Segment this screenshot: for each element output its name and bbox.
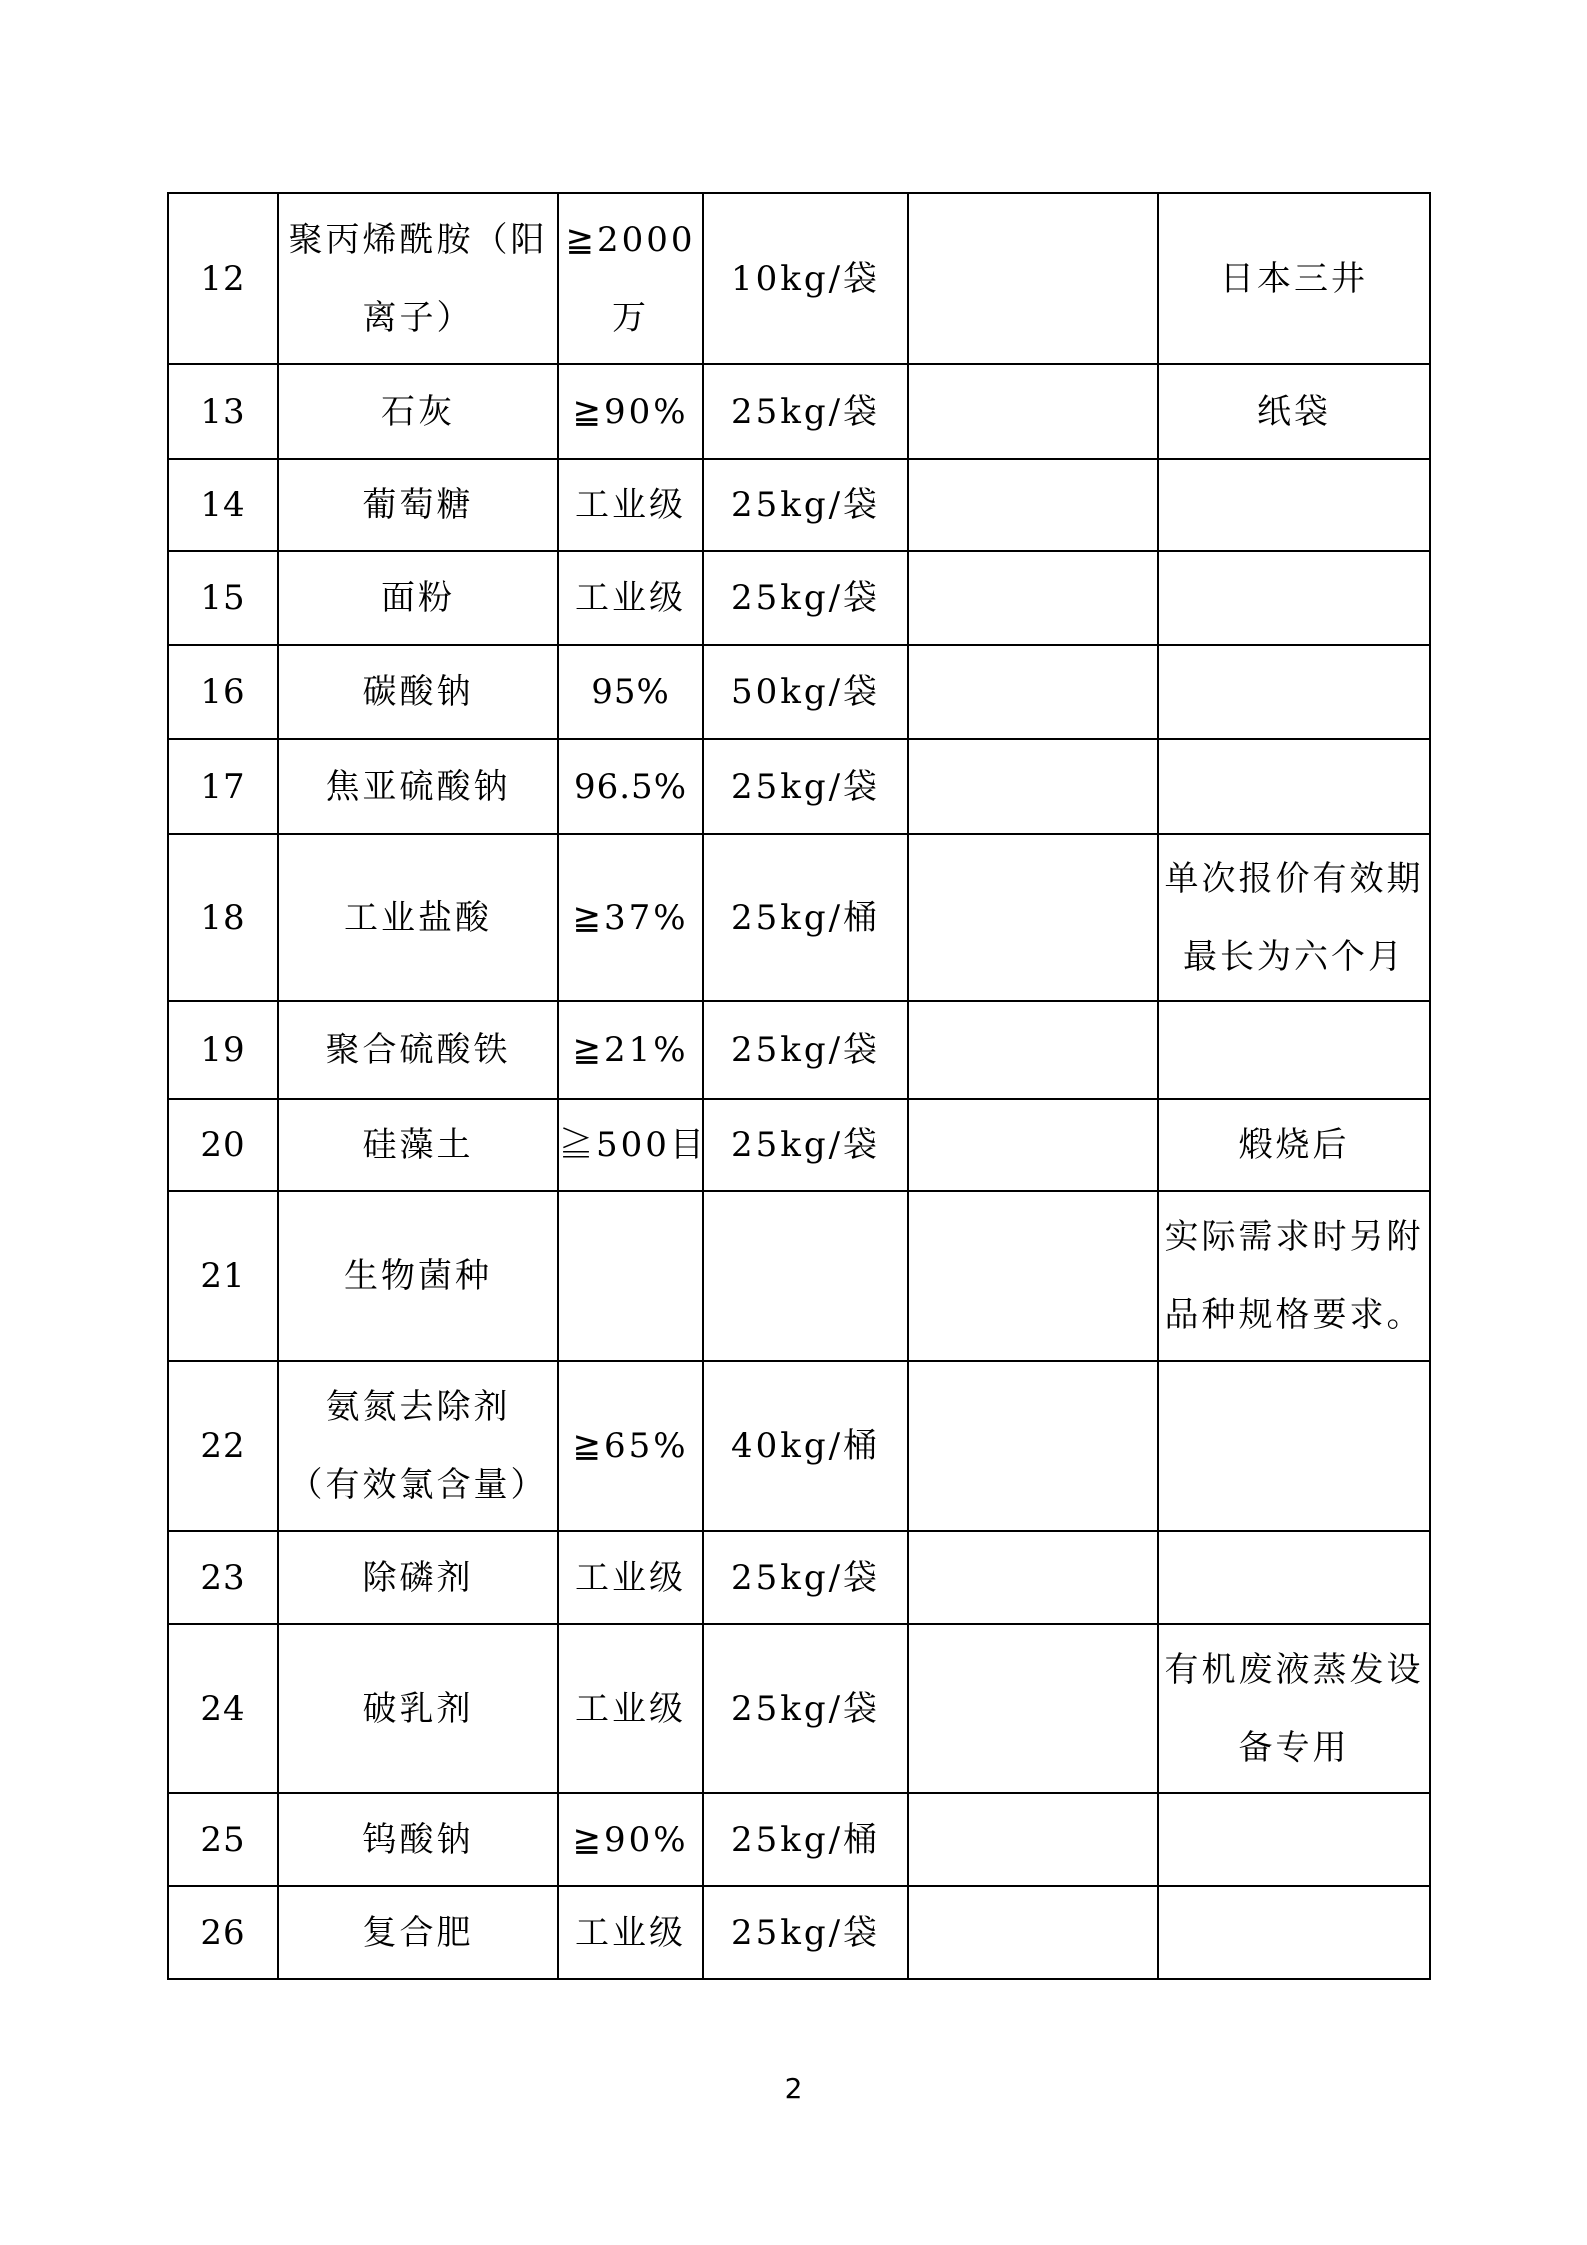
table-row: 26 复合肥 工业级 25kg/袋 [168, 1886, 1430, 1979]
row-23-col5 [908, 1531, 1158, 1624]
row-23-name: 除磷剂 [278, 1531, 558, 1624]
row-21-no: 21 [168, 1191, 278, 1361]
row-13-package: 25kg/袋 [703, 364, 908, 459]
material-name-line: 除磷剂 [279, 1539, 557, 1617]
row-21-remark: 实际需求时另附 品种规格要求。 [1158, 1191, 1430, 1361]
row-22-package: 40kg/桶 [703, 1361, 908, 1531]
row-17-name: 焦亚硫酸钠 [278, 739, 558, 834]
row-number: 25 [169, 1801, 277, 1879]
spec-line: ≧2000 [559, 201, 702, 279]
table-row: 25 钨酸钠 ≧90% 25kg/桶 [168, 1793, 1430, 1886]
row-number: 21 [169, 1237, 277, 1315]
row-number: 17 [169, 748, 277, 826]
row-23-spec: 工业级 [558, 1531, 703, 1624]
row-15-remark [1158, 551, 1430, 645]
package-value: 25kg/袋 [704, 1894, 907, 1972]
remark-line: 单次报价有效期 [1159, 840, 1429, 918]
row-23-package: 25kg/袋 [703, 1531, 908, 1624]
row-13-col5 [908, 364, 1158, 459]
spec-line: ≧500目 [559, 1106, 702, 1184]
remark-line: 日本三井 [1159, 240, 1429, 318]
row-22-spec: ≧65% [558, 1361, 703, 1531]
package-value: 25kg/袋 [704, 466, 907, 544]
row-19-col5 [908, 1001, 1158, 1099]
spec-line: ≧90% [559, 373, 702, 451]
row-13-no: 13 [168, 364, 278, 459]
document-page: 12 聚丙烯酰胺（阳 离子） ≧2000 万 10kg/袋 日本三井 13 石灰… [0, 0, 1587, 2245]
row-19-remark [1158, 1001, 1430, 1099]
row-17-remark [1158, 739, 1430, 834]
remark-line: 煅烧后 [1159, 1106, 1429, 1184]
material-name-line: 复合肥 [279, 1894, 557, 1972]
row-24-spec: 工业级 [558, 1624, 703, 1793]
row-26-no: 26 [168, 1886, 278, 1979]
spec-line: 工业级 [559, 1670, 702, 1748]
row-21-col5 [908, 1191, 1158, 1361]
row-17-col5 [908, 739, 1158, 834]
row-13-name: 石灰 [278, 364, 558, 459]
row-21-spec [558, 1191, 703, 1361]
table-row: 22 氨氮去除剂 （有效氯含量） ≧65% 40kg/桶 [168, 1361, 1430, 1531]
materials-table: 12 聚丙烯酰胺（阳 离子） ≧2000 万 10kg/袋 日本三井 13 石灰… [167, 192, 1431, 1980]
row-15-spec: 工业级 [558, 551, 703, 645]
row-18-no: 18 [168, 834, 278, 1001]
row-15-col5 [908, 551, 1158, 645]
package-value: 25kg/袋 [704, 1106, 907, 1184]
table-row: 19 聚合硫酸铁 ≧21% 25kg/袋 [168, 1001, 1430, 1099]
row-14-package: 25kg/袋 [703, 459, 908, 551]
row-25-spec: ≧90% [558, 1793, 703, 1886]
row-15-no: 15 [168, 551, 278, 645]
row-number: 18 [169, 879, 277, 957]
row-22-remark [1158, 1361, 1430, 1531]
material-name-line: 氨氮去除剂 [279, 1368, 557, 1446]
row-17-package: 25kg/袋 [703, 739, 908, 834]
row-16-name: 碳酸钠 [278, 645, 558, 739]
row-16-package: 50kg/袋 [703, 645, 908, 739]
spec-line: 工业级 [559, 1539, 702, 1617]
row-15-package: 25kg/袋 [703, 551, 908, 645]
row-16-remark [1158, 645, 1430, 739]
table-row: 20 硅藻土 ≧500目 25kg/袋 煅烧后 [168, 1099, 1430, 1191]
spec-line: ≧37% [559, 879, 702, 957]
material-name-line: （有效氯含量） [279, 1446, 557, 1524]
row-23-remark [1158, 1531, 1430, 1624]
row-number: 23 [169, 1539, 277, 1617]
row-20-no: 20 [168, 1099, 278, 1191]
row-14-name: 葡萄糖 [278, 459, 558, 551]
material-name-line: 硅藻土 [279, 1106, 557, 1184]
row-26-col5 [908, 1886, 1158, 1979]
material-name-line: 聚合硫酸铁 [279, 1011, 557, 1089]
row-20-spec: ≧500目 [558, 1099, 703, 1191]
row-14-col5 [908, 459, 1158, 551]
row-number: 14 [169, 466, 277, 544]
package-value: 40kg/桶 [704, 1407, 907, 1485]
row-13-remark: 纸袋 [1158, 364, 1430, 459]
table-row: 21 生物菌种 实际需求时另附 品种规格要求。 [168, 1191, 1430, 1361]
package-value: 25kg/袋 [704, 1539, 907, 1617]
row-26-name: 复合肥 [278, 1886, 558, 1979]
row-14-remark [1158, 459, 1430, 551]
row-22-no: 22 [168, 1361, 278, 1531]
package-value: 25kg/袋 [704, 1011, 907, 1089]
row-number: 12 [169, 240, 277, 318]
row-14-no: 14 [168, 459, 278, 551]
row-18-package: 25kg/桶 [703, 834, 908, 1001]
row-number: 13 [169, 373, 277, 451]
remark-line: 最长为六个月 [1159, 918, 1429, 996]
row-18-spec: ≧37% [558, 834, 703, 1001]
row-24-col5 [908, 1624, 1158, 1793]
row-24-package: 25kg/袋 [703, 1624, 908, 1793]
remark-line: 品种规格要求。 [1159, 1276, 1429, 1354]
row-23-no: 23 [168, 1531, 278, 1624]
material-name-line: 葡萄糖 [279, 466, 557, 544]
row-22-name: 氨氮去除剂 （有效氯含量） [278, 1361, 558, 1531]
table-row: 17 焦亚硫酸钠 96.5% 25kg/袋 [168, 739, 1430, 834]
row-12-package: 10kg/袋 [703, 193, 908, 364]
row-number: 24 [169, 1670, 277, 1748]
material-name-line: 聚丙烯酰胺（阳 [279, 201, 557, 279]
spec-line: ≧90% [559, 1801, 702, 1879]
row-25-col5 [908, 1793, 1158, 1886]
material-name-line: 石灰 [279, 373, 557, 451]
spec-line: 95% [559, 653, 702, 731]
remark-line: 有机废液蒸发设 [1159, 1631, 1429, 1709]
spec-line: ≧65% [559, 1407, 702, 1485]
material-name-line: 工业盐酸 [279, 879, 557, 957]
spec-line: 工业级 [559, 559, 702, 637]
row-20-remark: 煅烧后 [1158, 1099, 1430, 1191]
row-number: 15 [169, 559, 277, 637]
row-18-remark: 单次报价有效期 最长为六个月 [1158, 834, 1430, 1001]
package-value: 25kg/袋 [704, 748, 907, 826]
row-24-no: 24 [168, 1624, 278, 1793]
spec-line: ≧21% [559, 1011, 702, 1089]
remark-line: 实际需求时另附 [1159, 1198, 1429, 1276]
material-name-line: 离子） [279, 279, 557, 357]
row-20-col5 [908, 1099, 1158, 1191]
row-20-package: 25kg/袋 [703, 1099, 908, 1191]
row-12-spec: ≧2000 万 [558, 193, 703, 364]
table-row: 16 碳酸钠 95% 50kg/袋 [168, 645, 1430, 739]
row-26-package: 25kg/袋 [703, 1886, 908, 1979]
spec-line: 96.5% [559, 748, 702, 826]
table-row: 15 面粉 工业级 25kg/袋 [168, 551, 1430, 645]
table-row: 24 破乳剂 工业级 25kg/袋 有机废液蒸发设 备专用 [168, 1624, 1430, 1793]
row-26-remark [1158, 1886, 1430, 1979]
row-21-package [703, 1191, 908, 1361]
row-17-spec: 96.5% [558, 739, 703, 834]
material-name-line: 破乳剂 [279, 1670, 557, 1748]
remark-line: 纸袋 [1159, 373, 1429, 451]
material-name-line: 碳酸钠 [279, 653, 557, 731]
table-row: 18 工业盐酸 ≧37% 25kg/桶 单次报价有效期 最长为六个月 [168, 834, 1430, 1001]
row-24-remark: 有机废液蒸发设 备专用 [1158, 1624, 1430, 1793]
row-21-name: 生物菌种 [278, 1191, 558, 1361]
row-26-spec: 工业级 [558, 1886, 703, 1979]
row-19-spec: ≧21% [558, 1001, 703, 1099]
row-19-name: 聚合硫酸铁 [278, 1001, 558, 1099]
row-15-name: 面粉 [278, 551, 558, 645]
row-25-package: 25kg/桶 [703, 1793, 908, 1886]
row-24-name: 破乳剂 [278, 1624, 558, 1793]
row-18-name: 工业盐酸 [278, 834, 558, 1001]
remark-line: 备专用 [1159, 1709, 1429, 1787]
material-name-line: 面粉 [279, 559, 557, 637]
row-number: 22 [169, 1407, 277, 1485]
row-12-no: 12 [168, 193, 278, 364]
spec-line: 万 [559, 279, 702, 357]
package-value: 10kg/袋 [704, 240, 907, 318]
row-17-no: 17 [168, 739, 278, 834]
package-value: 25kg/袋 [704, 1670, 907, 1748]
row-18-col5 [908, 834, 1158, 1001]
row-25-no: 25 [168, 1793, 278, 1886]
row-16-col5 [908, 645, 1158, 739]
row-13-spec: ≧90% [558, 364, 703, 459]
row-12-col5 [908, 193, 1158, 364]
table-row: 23 除磷剂 工业级 25kg/袋 [168, 1531, 1430, 1624]
row-25-name: 钨酸钠 [278, 1793, 558, 1886]
row-16-spec: 95% [558, 645, 703, 739]
row-number: 26 [169, 1894, 277, 1972]
row-number: 20 [169, 1106, 277, 1184]
spec-line: 工业级 [559, 1894, 702, 1972]
row-25-remark [1158, 1793, 1430, 1886]
material-name-line: 钨酸钠 [279, 1801, 557, 1879]
table-row: 12 聚丙烯酰胺（阳 离子） ≧2000 万 10kg/袋 日本三井 [168, 193, 1430, 364]
package-value: 25kg/袋 [704, 559, 907, 637]
row-number: 19 [169, 1011, 277, 1089]
package-value: 25kg/桶 [704, 879, 907, 957]
package-value: 25kg/袋 [704, 373, 907, 451]
package-value: 50kg/袋 [704, 653, 907, 731]
row-16-no: 16 [168, 645, 278, 739]
row-19-no: 19 [168, 1001, 278, 1099]
row-14-spec: 工业级 [558, 459, 703, 551]
material-name-line: 焦亚硫酸钠 [279, 748, 557, 826]
page-number: 2 [0, 2072, 1587, 2105]
table-row: 14 葡萄糖 工业级 25kg/袋 [168, 459, 1430, 551]
row-22-col5 [908, 1361, 1158, 1531]
row-12-name: 聚丙烯酰胺（阳 离子） [278, 193, 558, 364]
table-row: 13 石灰 ≧90% 25kg/袋 纸袋 [168, 364, 1430, 459]
row-19-package: 25kg/袋 [703, 1001, 908, 1099]
row-12-remark: 日本三井 [1158, 193, 1430, 364]
material-name-line: 生物菌种 [279, 1237, 557, 1315]
package-value: 25kg/桶 [704, 1801, 907, 1879]
row-20-name: 硅藻土 [278, 1099, 558, 1191]
row-number: 16 [169, 653, 277, 731]
spec-line: 工业级 [559, 466, 702, 544]
